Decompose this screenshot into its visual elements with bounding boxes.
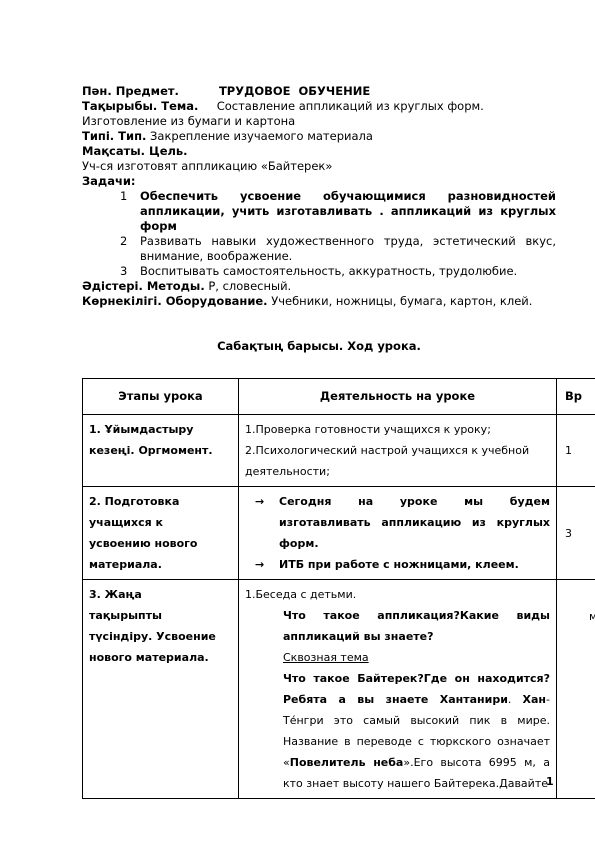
activity-cell: 1.Беседа с детьми. Что такое аппликация?… — [239, 580, 557, 799]
task-text: Развивать навыки художественного труда, … — [140, 234, 556, 264]
goal-line: Уч-ся изготовят аппликацию «Байтерек» — [82, 159, 556, 174]
activity-paragraph: 1.Беседа с детьми. — [245, 584, 550, 605]
topic-continuation-line: Изготовление из бумаги и картона — [82, 114, 556, 129]
lesson-plan-table: Этапы урока Деятельность на уроке Вр 1. … — [82, 378, 595, 799]
activity-column-header: Деятельность на уроке — [239, 379, 557, 415]
bullet-item: → ИТБ при работе с ножницами, клеем. — [245, 554, 550, 575]
activity-paragraph: 1.Проверка готовности учащихся к уроку; — [245, 419, 550, 440]
time-cell: м — [557, 580, 595, 799]
task-number: 3 — [120, 264, 127, 279]
time-column-header: Вр — [557, 379, 595, 415]
task-item-1: 1 Обеспечить усвоение обучающимися разно… — [82, 189, 556, 234]
task-number: 1 — [120, 189, 127, 204]
table-row-2: 2. Подготовка учащихся к усвоению нового… — [83, 487, 595, 580]
page-number: 1 — [546, 775, 554, 788]
bullet-arrow: → — [255, 491, 270, 554]
stage-cell: 1. Ұйымдастыру кезеңі. Оргмомент. — [83, 415, 239, 487]
stage-cell: 2. Подготовка учащихся к усвоению нового… — [83, 487, 239, 580]
document-page: Пән. Предмет. ТРУДОВОЕ ОБУЧЕНИЕ Тақырыбы… — [0, 0, 595, 842]
task-number: 2 — [120, 234, 127, 249]
table-row-1: 1. Ұйымдастыру кезеңі. Оргмомент. 1.Пров… — [83, 415, 595, 487]
bullet-item: → Сегодня на уроке мы будем изготавливат… — [245, 491, 550, 554]
methods-line: Әдістері. Методы. Р, словесный. — [82, 279, 556, 294]
activity-cell: → Сегодня на уроке мы будем изготавливат… — [239, 487, 557, 580]
activity-paragraph: Что такое Байтерек?Где он находится? Реб… — [283, 668, 550, 794]
activity-cell: 1.Проверка готовности учащихся к уроку; … — [239, 415, 557, 487]
task-text: Обеспечить усвоение обучающимися разнови… — [140, 189, 556, 234]
bullet-arrow: → — [255, 554, 270, 575]
subject-line: Пән. Предмет. ТРУДОВОЕ ОБУЧЕНИЕ — [82, 84, 556, 99]
stage-cell: 3. Жаңа тақырыпты түсіндіру. Усвоение но… — [83, 580, 239, 799]
stage-column-header: Этапы урока — [83, 379, 239, 415]
bullet-text: Сегодня на уроке мы будем изготавливать … — [279, 491, 550, 554]
activity-paragraph: Что такое аппликация?Какие виды аппликац… — [283, 605, 550, 647]
course-heading: Сабақтың барысы. Ход урока. — [82, 339, 556, 354]
bullet-text: ИТБ при работе с ножницами, клеем. — [279, 554, 550, 575]
task-item-2: 2 Развивать навыки художественного труда… — [82, 234, 556, 264]
cross-theme-label: Сквозная тема — [283, 647, 550, 668]
lesson-header-block: Пән. Предмет. ТРУДОВОЕ ОБУЧЕНИЕ Тақырыбы… — [82, 84, 556, 309]
table-header-row: Этапы урока Деятельность на уроке Вр — [83, 379, 595, 415]
equipment-line: Көрнекілігі. Оборудование. Учебники, нож… — [82, 294, 556, 309]
tasks-label: Задачи: — [82, 174, 556, 189]
time-cell: 3 — [557, 487, 595, 580]
goal-label-line: Мақсаты. Цель. — [82, 144, 556, 159]
task-text: Воспитывать самостоятельность, аккуратно… — [140, 264, 556, 279]
task-item-3: 3 Воспитывать самостоятельность, аккурат… — [82, 264, 556, 279]
table-row-3: 3. Жаңа тақырыпты түсіндіру. Усвоение но… — [83, 580, 595, 799]
topic-line: Тақырыбы. Тема. Составление аппликаций и… — [82, 99, 556, 114]
activity-paragraph: 2.Психологический настрой учащихся к уче… — [245, 440, 550, 482]
lesson-type-line: Типі. Тип. Закрепление изучаемого матери… — [82, 129, 556, 144]
time-cell: 1 — [557, 415, 595, 487]
